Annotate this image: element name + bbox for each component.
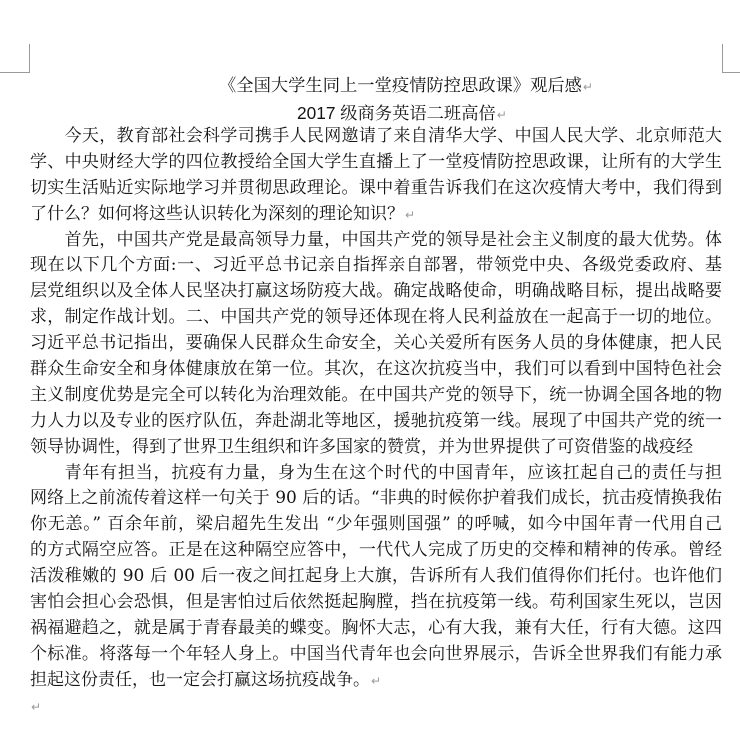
text-line: 切实生活贴近实际地学习并贯彻思政理论。课中着重告诉我们在这次疫情大考中，我们得到 — [30, 176, 722, 202]
text-line: 担起这份责任，也一定会打赢这场抗疫战争。↵ — [30, 668, 722, 694]
paragraph-mark-icon: ↵ — [583, 80, 593, 94]
text-line-content: 担起这份责任，也一定会打赢这场抗疫战争。 — [30, 670, 370, 690]
paragraph-mark-icon: ↵ — [405, 208, 415, 222]
document-body: 今天，教育部社会科学司携手人民网邀请了来自清华大学、中国人民大学、北京师范大 学… — [30, 124, 722, 719]
text-line: 现在以下几个方面:一、习近平总书记亲自指挥亲自部署，带领党中央、各级党委政府、基 — [30, 253, 722, 279]
text-line: 力人力以及专业的医疗队伍，奔赴湖北等地区，援驰抗疫第一线。展现了中国共产党的统一 — [30, 409, 722, 435]
text-line: 网络上之前流传着这样一句关于 90 后的话。“非典的时候你护着我们成长，抗击疫情… — [30, 486, 722, 512]
paragraph-2: 首先，中国共产党是最高领导力量，中国共产党的领导是社会主义制度的最大优势。体 现… — [30, 228, 722, 461]
paragraph-mark-icon: ↵ — [31, 700, 41, 714]
paragraph-1: 今天，教育部社会科学司携手人民网邀请了来自清华大学、中国人民大学、北京师范大 学… — [30, 124, 722, 228]
text-line-content: 领导协调性，得到了世界卫生组织和许多国家的赞赏，并为世界提供了可资借鉴的战疫经验… — [30, 437, 693, 461]
text-line: 层党组织以及全体人民坚决打赢这场防疫大战。确定战略使命，明确战略目标，提出战略要 — [30, 279, 722, 305]
text-line: 群众生命安全和身体健康放在第一位。其次，在这次抗疫当中，我们可以看到中国特色社会 — [30, 357, 722, 383]
document-title-text: 《全国大学生同上一堂疫情防控思政课》观后感 — [219, 75, 582, 95]
text-line: 首先，中国共产党是最高领导力量，中国共产党的领导是社会主义制度的最大优势。体 — [30, 228, 722, 254]
text-line: 今天，教育部社会科学司携手人民网邀请了来自清华大学、中国人民大学、北京师范大 — [30, 124, 722, 150]
text-line: ↵ — [30, 694, 722, 720]
text-line: 领导协调性，得到了世界卫生组织和许多国家的赞赏，并为世界提供了可资借鉴的战疫经验… — [30, 435, 722, 461]
document-page[interactable]: 《全国大学生同上一堂疫情防控思政课》观后感↵ 2017 级商务英语二班高倍↵ 今… — [0, 0, 740, 739]
document-title: 《全国大学生同上一堂疫情防控思政课》观后感↵ — [219, 72, 593, 98]
text-line: 的方式隔空应答。正是在这种隔空应答中，一代代人完成了历史的交棒和精神的传承。曾经 — [30, 538, 722, 564]
document-subtitle-text: 2017 级商务英语二班高倍 — [297, 103, 496, 123]
paragraph-mark-icon: ↵ — [497, 108, 507, 122]
text-line: 个标准。将落每一个年轻人身上。中国当代青年也会向世界展示，告诉全世界我们有能力承 — [30, 642, 722, 668]
paragraph-mark-icon: ↵ — [371, 674, 381, 688]
margin-corner-mark-top-left — [0, 44, 30, 73]
text-line: 祸福避趋之，就是属于青春最美的蝶变。胸怀大志，心有大我，兼有大任，行有大德。这四 — [30, 616, 722, 642]
text-line: 了什么？如何将这些认识转化为深刻的理论知识？↵ — [30, 202, 722, 228]
text-line: 求，制定作战计划。二、中国共产党的领导还体现在将人民利益放在一起高于一切的地位。 — [30, 305, 722, 331]
text-line: 主义制度优势是完全可以转化为治理效能。在中国共产党的领导下，统一协调全国各地的物 — [30, 383, 722, 409]
text-line: 害怕会担心会恐惧，但是害怕过后依然挺起胸膛，挡在抗疫第一线。苟利国家生死以，岂因 — [30, 590, 722, 616]
margin-corner-mark-top-right — [722, 44, 740, 73]
paragraph-3: 青年有担当，抗疫有力量，身为生在这个时代的中国青年，应该扛起自己的责任与担当。 … — [30, 461, 722, 694]
text-line: 青年有担当，抗疫有力量，身为生在这个时代的中国青年，应该扛起自己的责任与担当。 — [30, 461, 722, 487]
empty-paragraph: ↵ — [30, 694, 722, 720]
text-line: 学、中央财经大学的四位教授给全国大学生直播上了一堂疫情防控思政课，让所有的大学生 — [30, 150, 722, 176]
text-line-content: 了什么？如何将这些认识转化为深刻的理论知识？ — [30, 204, 404, 224]
text-line: 习近平总书记指出，要确保人民群众生命安全，关心关爱所有医务人员的身体健康，把人民 — [30, 331, 722, 357]
text-line: 你无恙。” 百余年前，梁启超先生发出 “少年强则国强” 的呼喊，如今中国年青一代… — [30, 512, 722, 538]
document-subtitle: 2017 级商务英语二班高倍↵ — [297, 100, 507, 126]
text-line: 活泼稚嫩的 90 后 00 后一夜之间扛起身上大旗，告诉所有人我们值得你们托付。… — [30, 564, 722, 590]
